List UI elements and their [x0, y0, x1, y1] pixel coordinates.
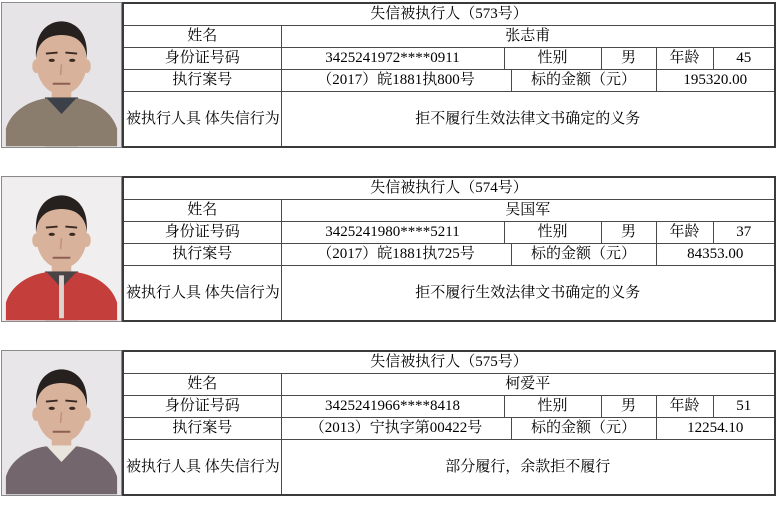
gender-label: 性别 [504, 395, 601, 417]
person-photo-illustration [2, 351, 121, 495]
id-number-label: 身份证号码 [123, 47, 281, 69]
name-label: 姓名 [123, 25, 281, 47]
behavior-value: 部分履行，余款拒不履行 [281, 439, 775, 495]
defaulter-photo [1, 176, 122, 322]
amount-value: 195320.00 [656, 69, 775, 91]
defaulter-record: 失信被执行人（574号） 姓名 吴国军 身份证号码 3425241980****… [1, 176, 776, 322]
age-value: 45 [713, 47, 775, 69]
nose [61, 64, 62, 75]
eye-left [49, 233, 55, 236]
amount-value: 84353.00 [656, 243, 775, 265]
age-value: 37 [713, 221, 775, 243]
defaulter-photo [1, 2, 122, 148]
name-value: 柯爱平 [281, 373, 775, 395]
notice-page: 失信被执行人（573号） 姓名 张志甫 身份证号码 3425241972****… [0, 0, 776, 523]
case-number-label: 执行案号 [123, 69, 281, 91]
name-value: 张志甫 [281, 25, 775, 47]
eye-right [69, 59, 75, 62]
defaulter-table: 失信被执行人（575号） 姓名 柯爱平 身份证号码 3425241966****… [122, 350, 776, 496]
id-number-label: 身份证号码 [123, 221, 281, 243]
case-number-label: 执行案号 [123, 243, 281, 265]
name-value: 吴国军 [281, 199, 775, 221]
defaulter-record: 失信被执行人（573号） 姓名 张志甫 身份证号码 3425241972****… [1, 2, 776, 148]
defaulter-table: 失信被执行人（573号） 姓名 张志甫 身份证号码 3425241972****… [122, 2, 776, 148]
age-label: 年龄 [656, 221, 713, 243]
id-number-label: 身份证号码 [123, 395, 281, 417]
case-number-value: （2013）宁执字第00422号 [281, 417, 511, 439]
eye-right [69, 407, 75, 410]
name-label: 姓名 [123, 373, 281, 395]
gender-value: 男 [601, 221, 656, 243]
gender-label: 性别 [504, 47, 601, 69]
eye-left [49, 59, 55, 62]
defaulter-table: 失信被执行人（574号） 姓名 吴国军 身份证号码 3425241980****… [122, 176, 776, 322]
id-number-value: 3425241972****0911 [281, 47, 504, 69]
record-title: 失信被执行人（573号） [123, 3, 775, 25]
age-value: 51 [713, 395, 775, 417]
behavior-label: 被执行人具 体失信行为 [123, 439, 281, 495]
nose [61, 238, 62, 249]
eye-left [49, 407, 55, 410]
case-number-label: 执行案号 [123, 417, 281, 439]
defaulter-record: 失信被执行人（575号） 姓名 柯爱平 身份证号码 3425241966****… [1, 350, 776, 496]
person-photo-illustration [2, 177, 121, 321]
behavior-value: 拒不履行生效法律文书确定的义务 [281, 265, 775, 321]
record-title: 失信被执行人（575号） [123, 351, 775, 373]
jacket-zipper [59, 275, 64, 318]
id-number-value: 3425241966****8418 [281, 395, 504, 417]
eye-right [69, 233, 75, 236]
case-number-value: （2017）皖1881执800号 [281, 69, 511, 91]
nose [61, 412, 62, 423]
age-label: 年龄 [656, 47, 713, 69]
behavior-label: 被执行人具 体失信行为 [123, 265, 281, 321]
gender-value: 男 [601, 47, 656, 69]
record-title: 失信被执行人（574号） [123, 177, 775, 199]
name-label: 姓名 [123, 199, 281, 221]
person-photo-illustration [2, 3, 121, 147]
case-number-value: （2017）皖1881执725号 [281, 243, 511, 265]
age-label: 年龄 [656, 395, 713, 417]
amount-value: 12254.10 [656, 417, 775, 439]
amount-label: 标的金额（元） [511, 243, 656, 265]
behavior-value: 拒不履行生效法律文书确定的义务 [281, 91, 775, 147]
behavior-label: 被执行人具 体失信行为 [123, 91, 281, 147]
amount-label: 标的金额（元） [511, 417, 656, 439]
amount-label: 标的金额（元） [511, 69, 656, 91]
id-number-value: 3425241980****5211 [281, 221, 504, 243]
gender-label: 性别 [504, 221, 601, 243]
gender-value: 男 [601, 395, 656, 417]
defaulter-photo [1, 350, 122, 496]
